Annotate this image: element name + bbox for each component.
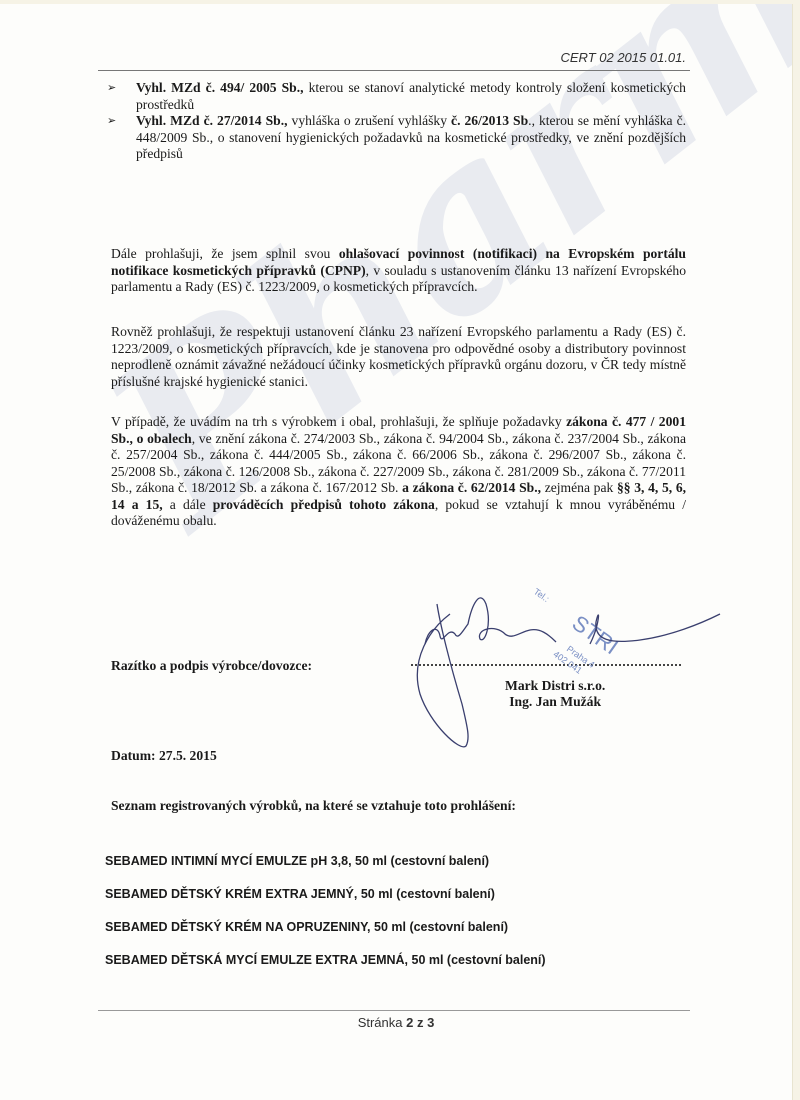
date-label: Datum: <box>111 748 156 763</box>
product-list: SEBAMED INTIMNÍ MYCÍ EMULZE pH 3,8, 50 m… <box>105 852 546 984</box>
signatory-name: Ing. Jan Mužák <box>505 694 605 710</box>
signatory-block: Mark Distri s.r.o. Ing. Jan Mužák <box>505 678 605 710</box>
regulation-ref: Vyhl. MZd č. 494/ 2005 Sb., <box>136 80 304 95</box>
arrow-bullet-icon: ➢ <box>107 80 116 97</box>
signature-line <box>411 664 681 666</box>
page-separator: z <box>413 1015 427 1030</box>
company-name: Mark Distri s.r.o. <box>505 678 605 694</box>
text-run: a dále <box>163 497 213 512</box>
page-footer: Stránka 2 z 3 <box>0 1015 792 1030</box>
regulation-desc: vyhláška o zrušení vyhlášky <box>288 113 452 128</box>
product-item: SEBAMED DĚTSKÁ MYCÍ EMULZE EXTRA JEMNÁ, … <box>105 951 546 969</box>
text-run-bold: prováděcích předpisů tohoto zákona <box>213 497 435 512</box>
adverse-effects-paragraph: Rovněž prohlašuji, že respektuji ustanov… <box>111 324 686 390</box>
signature-label: Razítko a podpis výrobce/dovozce: <box>111 658 312 675</box>
regulation-ref: Vyhl. MZd č. 27/2014 Sb., <box>136 113 288 128</box>
text-run-bold: a zákona č. 62/2014 Sb., <box>402 480 541 495</box>
product-item: SEBAMED INTIMNÍ MYCÍ EMULZE pH 3,8, 50 m… <box>105 852 546 870</box>
document-body: ➢ Vyhl. MZd č. 494/ 2005 Sb., kterou se … <box>111 80 686 163</box>
regulation-item: ➢ Vyhl. MZd č. 27/2014 Sb., vyhláška o z… <box>111 113 686 163</box>
notification-paragraph: Dále prohlašuji, že jsem splnil svou ohl… <box>111 246 686 296</box>
date-line: Datum: 27.5. 2015 <box>111 748 217 765</box>
stamp-fragment: Tel.: <box>532 586 551 604</box>
stamp-fragment: 402 041 <box>551 649 583 676</box>
text-run: Dále prohlašuji, že jsem splnil svou <box>111 246 339 261</box>
text-run: zejména pak <box>541 480 617 495</box>
regulation-item: ➢ Vyhl. MZd č. 494/ 2005 Sb., kterou se … <box>111 80 686 113</box>
document-code: CERT 02 2015 01.01. <box>560 50 686 65</box>
stamp-fragment: STRI <box>568 610 623 659</box>
signature-stroke <box>425 598 556 644</box>
date-value: 27.5. 2015 <box>159 748 217 763</box>
text-run: V případě, že uvádím na trh s výrobkem i… <box>111 414 566 429</box>
document-page: PharmDat CERT 02 2015 01.01. ➢ Vyhl. MZd… <box>0 4 793 1100</box>
regulation-list: ➢ Vyhl. MZd č. 494/ 2005 Sb., kterou se … <box>111 80 686 163</box>
regulation-ref: č. 26/2013 Sb <box>451 113 528 128</box>
arrow-bullet-icon: ➢ <box>107 113 116 130</box>
footer-divider <box>98 1010 690 1011</box>
product-item: SEBAMED DĚTSKÝ KRÉM EXTRA JEMNÝ, 50 ml (… <box>105 885 546 903</box>
packaging-paragraph: V případě, že uvádím na trh s výrobkem i… <box>111 414 686 530</box>
product-list-title: Seznam registrovaných výrobků, na které … <box>111 798 516 815</box>
signature-stroke <box>590 614 720 644</box>
page-label: Stránka <box>358 1015 406 1030</box>
company-stamp: Tel.: STRI Praha 4 402 041 <box>509 581 623 684</box>
product-item: SEBAMED DĚTSKÝ KRÉM NA OPRUZENINY, 50 ml… <box>105 918 546 936</box>
signature-stroke <box>417 604 468 747</box>
page-header: CERT 02 2015 01.01. <box>98 50 690 71</box>
total-pages: 3 <box>427 1015 434 1030</box>
